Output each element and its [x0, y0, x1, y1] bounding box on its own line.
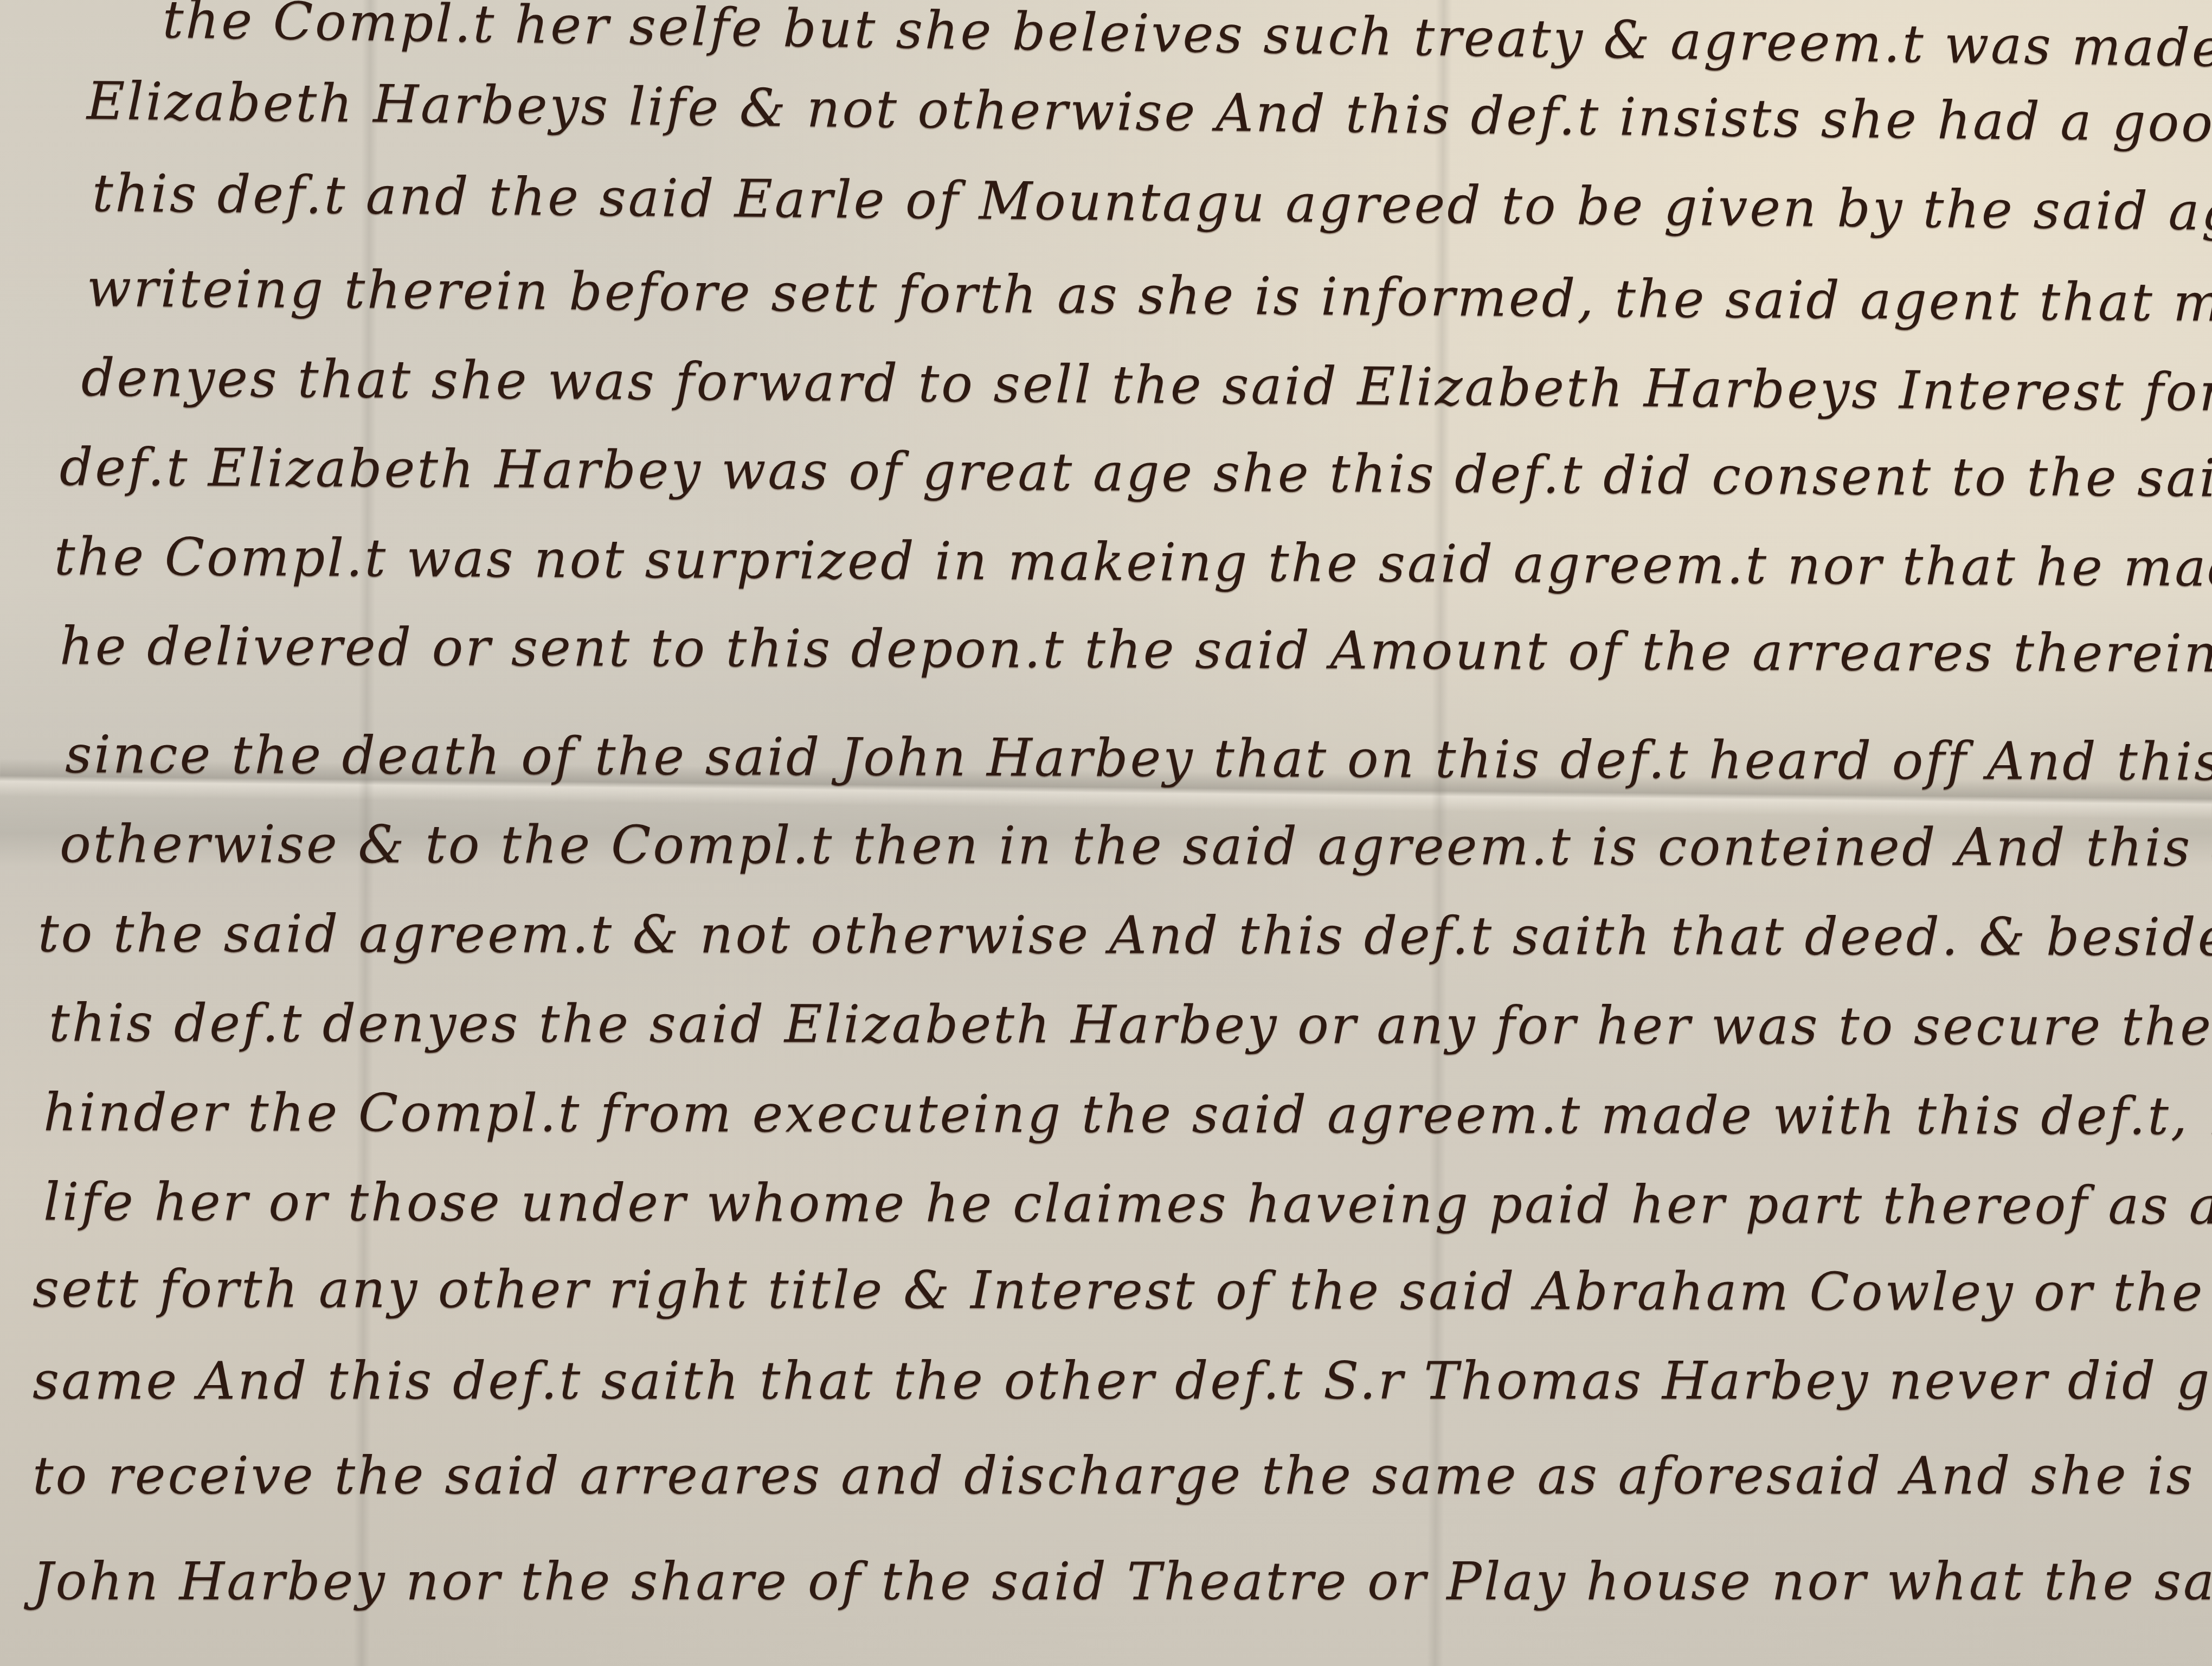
manuscript-line: otherwise & to the Compl.t then in the s… — [60, 813, 2212, 879]
manuscript-line: this def.t denyes the said Elizabeth Har… — [49, 992, 2212, 1058]
manuscript-line: he delivered or sent to this depon.t the… — [60, 616, 2212, 685]
manuscript-line: John Harbey nor the share of the said Th… — [33, 1551, 2212, 1612]
manuscript-line: Elizabeth Harbeys life & not otherwise A… — [86, 71, 2212, 158]
manuscript-line: to the said agreem.t & not otherwise And… — [38, 903, 2212, 969]
manuscript-line: sett forth any other right title & Inter… — [33, 1258, 2212, 1323]
manuscript-line: writeing therein before sett forth as sh… — [87, 258, 2212, 337]
manuscript-page: the Compl.t her selfe but she beleives s… — [0, 0, 2212, 1666]
manuscript-line: def.t Elizabeth Harbey was of great age … — [60, 437, 2212, 511]
manuscript-line: hinder the Compl.t from executeing the s… — [43, 1082, 2212, 1148]
manuscript-text: the Compl.t her selfe but she beleives s… — [0, 0, 2212, 1666]
manuscript-line: since the death of the said John Harbey … — [65, 724, 2212, 793]
manuscript-line: this def.t and the said Earle of Mountag… — [92, 163, 2212, 246]
manuscript-line: same And this def.t saith that the other… — [33, 1350, 2212, 1411]
manuscript-line: denyes that she was forward to sell the … — [81, 347, 2212, 426]
manuscript-line: life her or those under whome he claimes… — [43, 1171, 2212, 1236]
manuscript-line: the Compl.t was not surprized in makeing… — [54, 526, 2212, 601]
manuscript-line: to receive the said arreares and dischar… — [33, 1445, 2212, 1506]
